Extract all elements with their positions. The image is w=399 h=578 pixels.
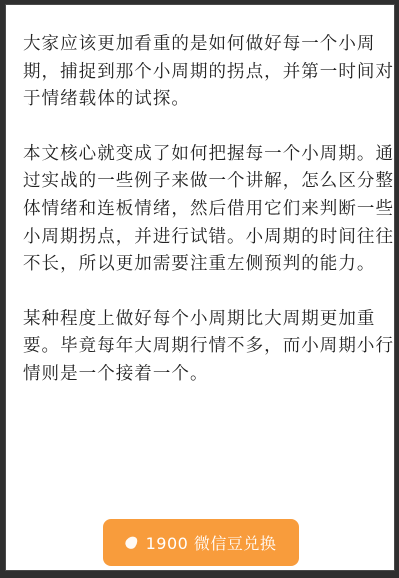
text-line: 某种程度上做好每个小周期比大周期更加重 — [23, 306, 381, 334]
wechat-bean-icon — [123, 534, 139, 551]
text-line: 过实战的一些例子来做一个讲解，怎么区分整 — [23, 168, 381, 196]
text-line: 期，捕捉到那个小周期的拐点，并第一时间对 — [23, 59, 381, 87]
text-line: 情则是一个接着一个。 — [23, 361, 381, 389]
text-line: 本文核心就变成了如何把握每一个小周期。通 — [23, 141, 381, 169]
paragraph-1: 大家应该更加看重的是如何做好每一个小周 期，捕捉到那个小周期的拐点，并第一时间对… — [23, 31, 381, 114]
article-card: 大家应该更加看重的是如何做好每一个小周 期，捕捉到那个小周期的拐点，并第一时间对… — [6, 5, 394, 570]
text-line: 于情绪载体的试探。 — [23, 86, 381, 114]
paragraph-2: 本文核心就变成了如何把握每一个小周期。通 过实战的一些例子来做一个讲解，怎么区分… — [23, 141, 381, 279]
redeem-wechat-beans-button[interactable]: 1900 微信豆兑换 — [103, 519, 299, 566]
redeem-button-label: 1900 微信豆兑换 — [146, 531, 277, 554]
paragraph-3: 某种程度上做好每个小周期比大周期更加重 要。毕竟每年大周期行情不多，而小周期小行… — [23, 306, 381, 389]
text-line: 体情绪和连板情绪，然后借用它们来判断一些 — [23, 196, 381, 224]
text-line: 不长，所以更加需要注重左侧预判的能力。 — [23, 251, 381, 279]
text-line: 要。毕竟每年大周期行情不多，而小周期小行 — [23, 333, 381, 361]
text-line: 大家应该更加看重的是如何做好每一个小周 — [23, 31, 381, 59]
article-body: 大家应该更加看重的是如何做好每一个小周 期，捕捉到那个小周期的拐点，并第一时间对… — [23, 31, 381, 416]
text-line: 小周期拐点，并进行试错。小周期的时间往往 — [23, 224, 381, 252]
